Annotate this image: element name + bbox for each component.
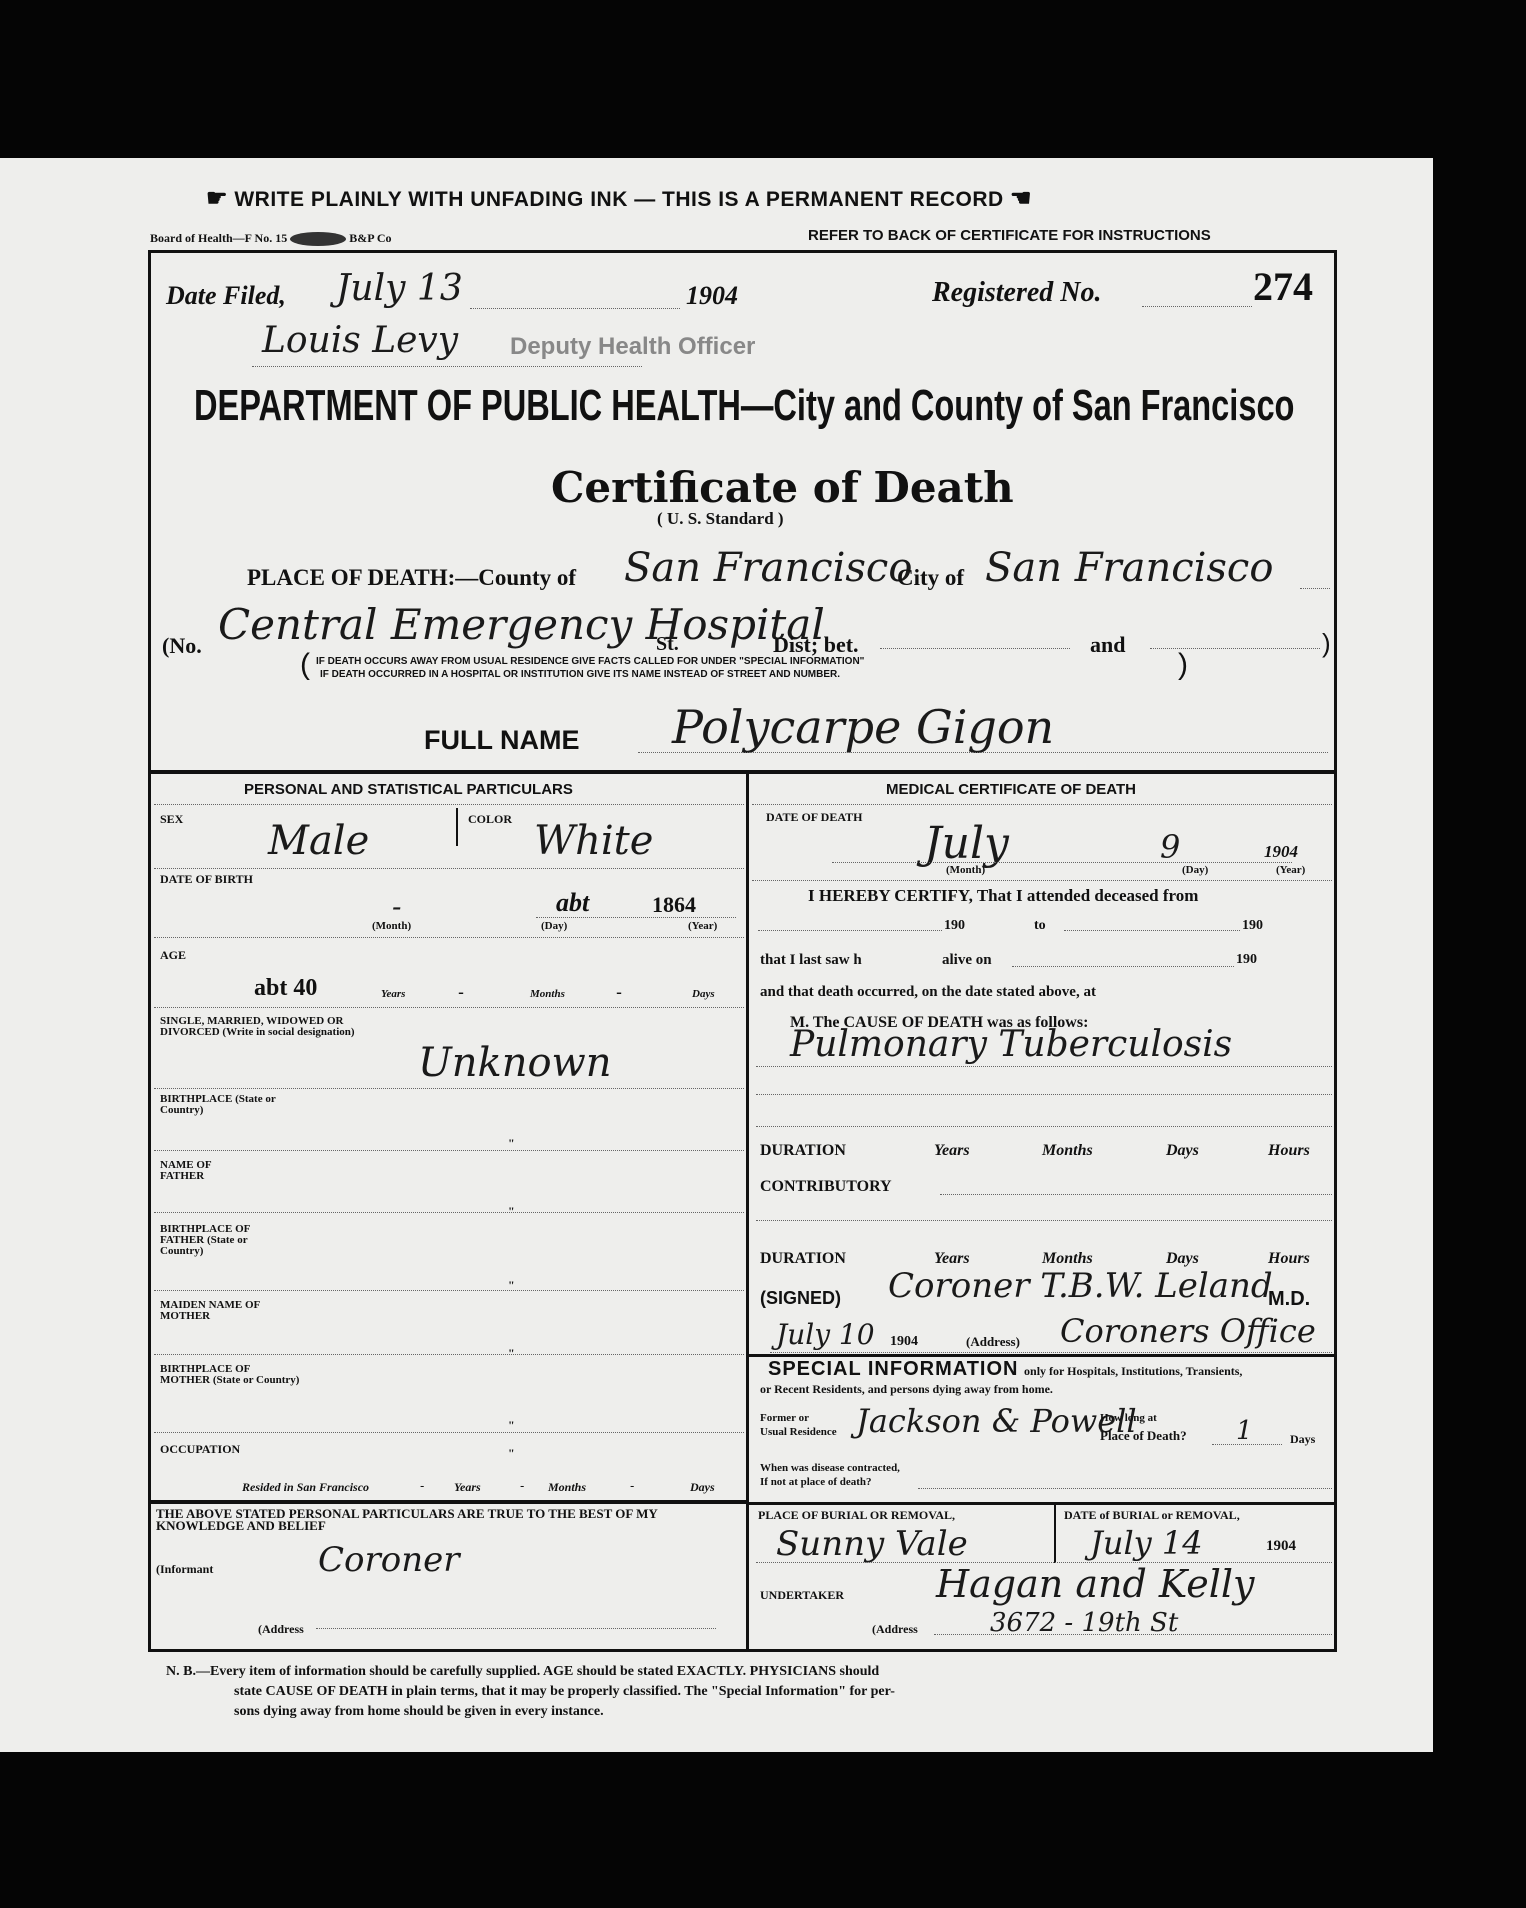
undertaker-address-label: (Address: [872, 1622, 918, 1637]
resided-months: -: [520, 1478, 524, 1493]
undertaker-label: UNDERTAKER: [760, 1588, 844, 1603]
row-rule: [154, 804, 744, 805]
sex-value: Male: [268, 818, 369, 864]
registered-underline: [1142, 306, 1252, 307]
dob-day-caption: (Day): [541, 920, 567, 932]
row-rule: [752, 804, 1332, 805]
dod-year: 1904: [1264, 842, 1298, 862]
date-filed-label: Date Filed,: [166, 281, 286, 311]
contracted-label-2: If not at place of death?: [760, 1476, 872, 1488]
residence-label-1: Former or: [760, 1412, 809, 1424]
birthplace-label: BIRTHPLACE (State or Country): [160, 1094, 290, 1116]
row-rule: [154, 1432, 744, 1433]
howlong-unit: Days: [1290, 1432, 1315, 1447]
howlong-label-1: How long at: [1100, 1412, 1157, 1424]
occupation-value: ": [508, 1446, 515, 1461]
dod-year-caption: (Year): [1276, 864, 1305, 876]
howlong-underline: [1212, 1444, 1282, 1445]
union-label-seal-icon: [290, 232, 346, 246]
dist-underline-1: [880, 648, 1070, 649]
from-190: 190: [944, 918, 965, 934]
father-label: NAME OF FATHER: [160, 1160, 250, 1182]
dob-month-caption: (Month): [372, 920, 411, 932]
burial-date-value: July 14: [1090, 1524, 1203, 1562]
contributory-label: CONTRIBUTORY: [760, 1178, 892, 1196]
occupation-label: OCCUPATION: [160, 1442, 240, 1457]
dod-day: 9: [1160, 828, 1180, 866]
mother-birthplace-label: BIRTHPLACE OF MOTHER (State or Country): [160, 1364, 300, 1386]
street-no-label: (No.: [162, 633, 202, 659]
dod-month-caption: (Month): [946, 864, 985, 876]
hospital-address: Central Emergency Hospital: [218, 600, 825, 649]
full-name-value: Polycarpe Gigon: [672, 700, 1054, 754]
informant-value: Coroner: [318, 1540, 459, 1580]
age-years-caption: Years: [381, 988, 405, 1000]
date-filed-year: 1904: [686, 281, 738, 311]
age-years: abt 40: [254, 975, 317, 1002]
contributory-underline-2: [756, 1220, 1332, 1221]
color-label: COLOR: [468, 812, 512, 827]
color-value: White: [534, 818, 653, 864]
burial-date-label: DATE of BURIAL or REMOVAL,: [1064, 1508, 1240, 1523]
contracted-label-1: When was disease contracted,: [760, 1462, 900, 1474]
signed-value: Coroner T.B.W. Leland: [888, 1266, 1273, 1306]
officer-title: Deputy Health Officer: [510, 333, 755, 361]
special-heading-sub2: or Recent Residents, and persons dying a…: [760, 1382, 1053, 1397]
column-divider: [746, 770, 749, 1650]
note-paren-open: (: [300, 648, 310, 682]
dob-day: abt: [556, 888, 589, 918]
row-rule: [752, 880, 1332, 881]
certify-text: I HEREBY CERTIFY, That I attended deceas…: [808, 886, 1198, 906]
sex-color-divider: [456, 808, 458, 846]
medical-address-label: (Address): [966, 1334, 1020, 1350]
cause-underline-2: [756, 1094, 1332, 1095]
age-label: AGE: [160, 948, 186, 963]
section-divider: [150, 770, 1335, 774]
dist-underline-2: [1150, 648, 1320, 649]
city-underline: [1300, 588, 1330, 589]
officer-signature: Louis Levy: [262, 320, 458, 361]
personal-heading: PERSONAL AND STATISTICAL PARTICULARS: [244, 781, 573, 798]
row-rule: [154, 1290, 744, 1291]
undertaker-value: Hagan and Kelly: [936, 1562, 1255, 1606]
dod-underline: [832, 862, 1292, 863]
note-paren-close: ): [1178, 648, 1188, 682]
place-note-2: IF DEATH OCCURRED IN A HOSPITAL OR INSTI…: [320, 669, 840, 680]
residence-label-2: Usual Residence: [760, 1426, 837, 1438]
age-months-caption: Months: [530, 988, 565, 1000]
howlong-value: 1: [1236, 1416, 1253, 1446]
age-days: -: [616, 982, 622, 1003]
officer-underline: [252, 366, 642, 367]
undertaker-address-underline: [934, 1634, 1332, 1635]
dob-year: 1864: [652, 892, 696, 918]
alive-190: 190: [1236, 952, 1257, 968]
alive-on-label: alive on: [942, 952, 992, 969]
place-note-1: IF DEATH OCCURS AWAY FROM USUAL RESIDENC…: [316, 656, 864, 667]
dist-label: Dist; bet.: [773, 632, 859, 658]
informant-divider: [150, 1500, 746, 1504]
special-heading-sub: only for Hospitals, Institutions, Transi…: [1024, 1364, 1242, 1378]
cause-underline-3: [756, 1126, 1332, 1127]
row-rule: [154, 937, 744, 938]
footnote-line-1: N. B.—Every item of information should b…: [166, 1664, 879, 1680]
row-rule: [154, 1088, 744, 1089]
burial-place-value: Sunny Vale: [776, 1524, 968, 1564]
duration-hours-2: Hours: [1268, 1250, 1310, 1268]
dod-label: DATE OF DEATH: [766, 810, 862, 825]
birthplace-value: ": [508, 1136, 515, 1151]
sex-label: SEX: [160, 812, 183, 827]
cause-underline: [756, 1066, 1332, 1067]
medical-address-value: Coroners Office: [1060, 1312, 1316, 1350]
special-heading-line: SPECIAL INFORMATION only for Hospitals, …: [768, 1358, 1242, 1381]
resided-months-caption: Months: [548, 1480, 586, 1495]
row-rule: [154, 1007, 744, 1008]
banner: ☛ WRITE PLAINLY WITH UNFADING INK — THIS…: [206, 184, 1032, 213]
age-months: -: [458, 982, 464, 1003]
row-rule: [154, 1354, 744, 1355]
st-label: St.: [656, 633, 679, 656]
date-filed-underline: [470, 308, 680, 309]
registered-label: Registered No.: [932, 277, 1102, 309]
cause-value: Pulmonary Tuberculosis: [790, 1024, 1232, 1065]
department-title: DEPARTMENT OF PUBLIC HEALTH—City and Cou…: [194, 381, 1294, 431]
dob-underline: [536, 917, 736, 918]
resided-years-caption: Years: [454, 1480, 481, 1495]
instructions-ref: REFER TO BACK OF CERTIFICATE FOR INSTRUC…: [808, 227, 1211, 244]
duration-days: Days: [1166, 1142, 1199, 1160]
contributory-underline: [940, 1194, 1332, 1195]
from-underline: [758, 930, 942, 931]
sign-year: 1904: [890, 1334, 918, 1350]
marital-value: Unknown: [418, 1040, 612, 1086]
burial-divider: [749, 1502, 1335, 1505]
place-of-death-label: PLACE OF DEATH:—County of: [247, 565, 576, 591]
marital-label: SINGLE, MARRIED, WIDOWED OR DIVORCED (Wr…: [160, 1016, 390, 1038]
full-name-underline: [638, 752, 1328, 753]
footnote-line-3: sons dying away from home should be give…: [234, 1704, 604, 1720]
to-190: 190: [1242, 918, 1263, 934]
last-saw-label: that I last saw h: [760, 952, 862, 969]
informant-statement: THE ABOVE STATED PERSONAL PARTICULARS AR…: [156, 1508, 736, 1532]
duration-hours: Hours: [1268, 1142, 1310, 1160]
registered-number: 274: [1253, 263, 1313, 310]
duration-years: Years: [934, 1142, 970, 1160]
duration-label-2: DURATION: [760, 1250, 846, 1268]
contracted-underline: [918, 1488, 1332, 1489]
and-label: and: [1090, 632, 1125, 658]
row-rule: [154, 1212, 744, 1213]
form-id: Board of Health—F No. 15 B&P Co: [150, 231, 392, 246]
special-heading: SPECIAL INFORMATION: [768, 1358, 1018, 1380]
resided-days-caption: Days: [690, 1480, 715, 1495]
to-underline: [1064, 930, 1240, 931]
date-filed-value: July 13: [336, 268, 463, 309]
occurred-text: and that death occurred, on the date sta…: [760, 984, 1096, 1001]
dob-year-caption: (Year): [688, 920, 717, 932]
burial-place-label: PLACE OF BURIAL OR REMOVAL,: [758, 1508, 955, 1523]
informant-address-label: (Address: [258, 1622, 304, 1637]
father-birthplace-label: BIRTHPLACE OF FATHER (State or Country): [160, 1224, 290, 1257]
signed-label: (SIGNED): [760, 1288, 841, 1309]
burial-year: 1904: [1266, 1538, 1296, 1555]
informant-label: (Informant: [156, 1562, 213, 1577]
row-rule: [154, 1150, 744, 1151]
sign-date: July 10: [776, 1318, 875, 1351]
medical-heading: MEDICAL CERTIFICATE OF DEATH: [886, 781, 1136, 798]
full-name-label: FULL NAME: [424, 725, 580, 756]
city-value: San Francisco: [985, 545, 1273, 591]
residence-value: Jackson & Powell: [856, 1402, 1137, 1440]
resided-years: -: [420, 1478, 424, 1493]
alive-on-underline: [1012, 966, 1234, 967]
us-standard: ( U. S. Standard ): [657, 509, 784, 529]
dob-label: DATE OF BIRTH: [160, 872, 253, 887]
resided-label: Resided in San Francisco: [242, 1480, 369, 1495]
burial-column-divider: [1054, 1505, 1056, 1563]
medical-address-underline: [770, 1352, 1332, 1353]
resided-days: -: [630, 1478, 634, 1493]
duration-months: Months: [1042, 1142, 1093, 1160]
dob-month: -: [392, 890, 401, 923]
dod-day-caption: (Day): [1182, 864, 1208, 876]
special-divider: [749, 1354, 1335, 1357]
footnote-line-2: state CAUSE OF DEATH in plain terms, tha…: [234, 1684, 895, 1700]
city-label: City of: [897, 565, 964, 591]
paren-close: ): [1322, 628, 1331, 659]
duration-label: DURATION: [760, 1142, 846, 1160]
county-value: San Francisco: [624, 545, 912, 591]
age-days-caption: Days: [692, 988, 715, 1000]
pointing-hand-icon: ☚: [1010, 185, 1032, 212]
certificate-title: Certificate of Death: [551, 463, 1014, 512]
row-rule: [154, 868, 744, 869]
pointing-hand-icon: ☛: [206, 185, 228, 212]
howlong-label-2: Place of Death?: [1100, 1428, 1187, 1444]
to-label: to: [1034, 918, 1046, 934]
md-label: M.D.: [1268, 1288, 1310, 1311]
informant-address-underline: [316, 1628, 716, 1629]
mother-label: MAIDEN NAME OF MOTHER: [160, 1300, 280, 1322]
mother-birthplace-value: ": [508, 1418, 515, 1433]
